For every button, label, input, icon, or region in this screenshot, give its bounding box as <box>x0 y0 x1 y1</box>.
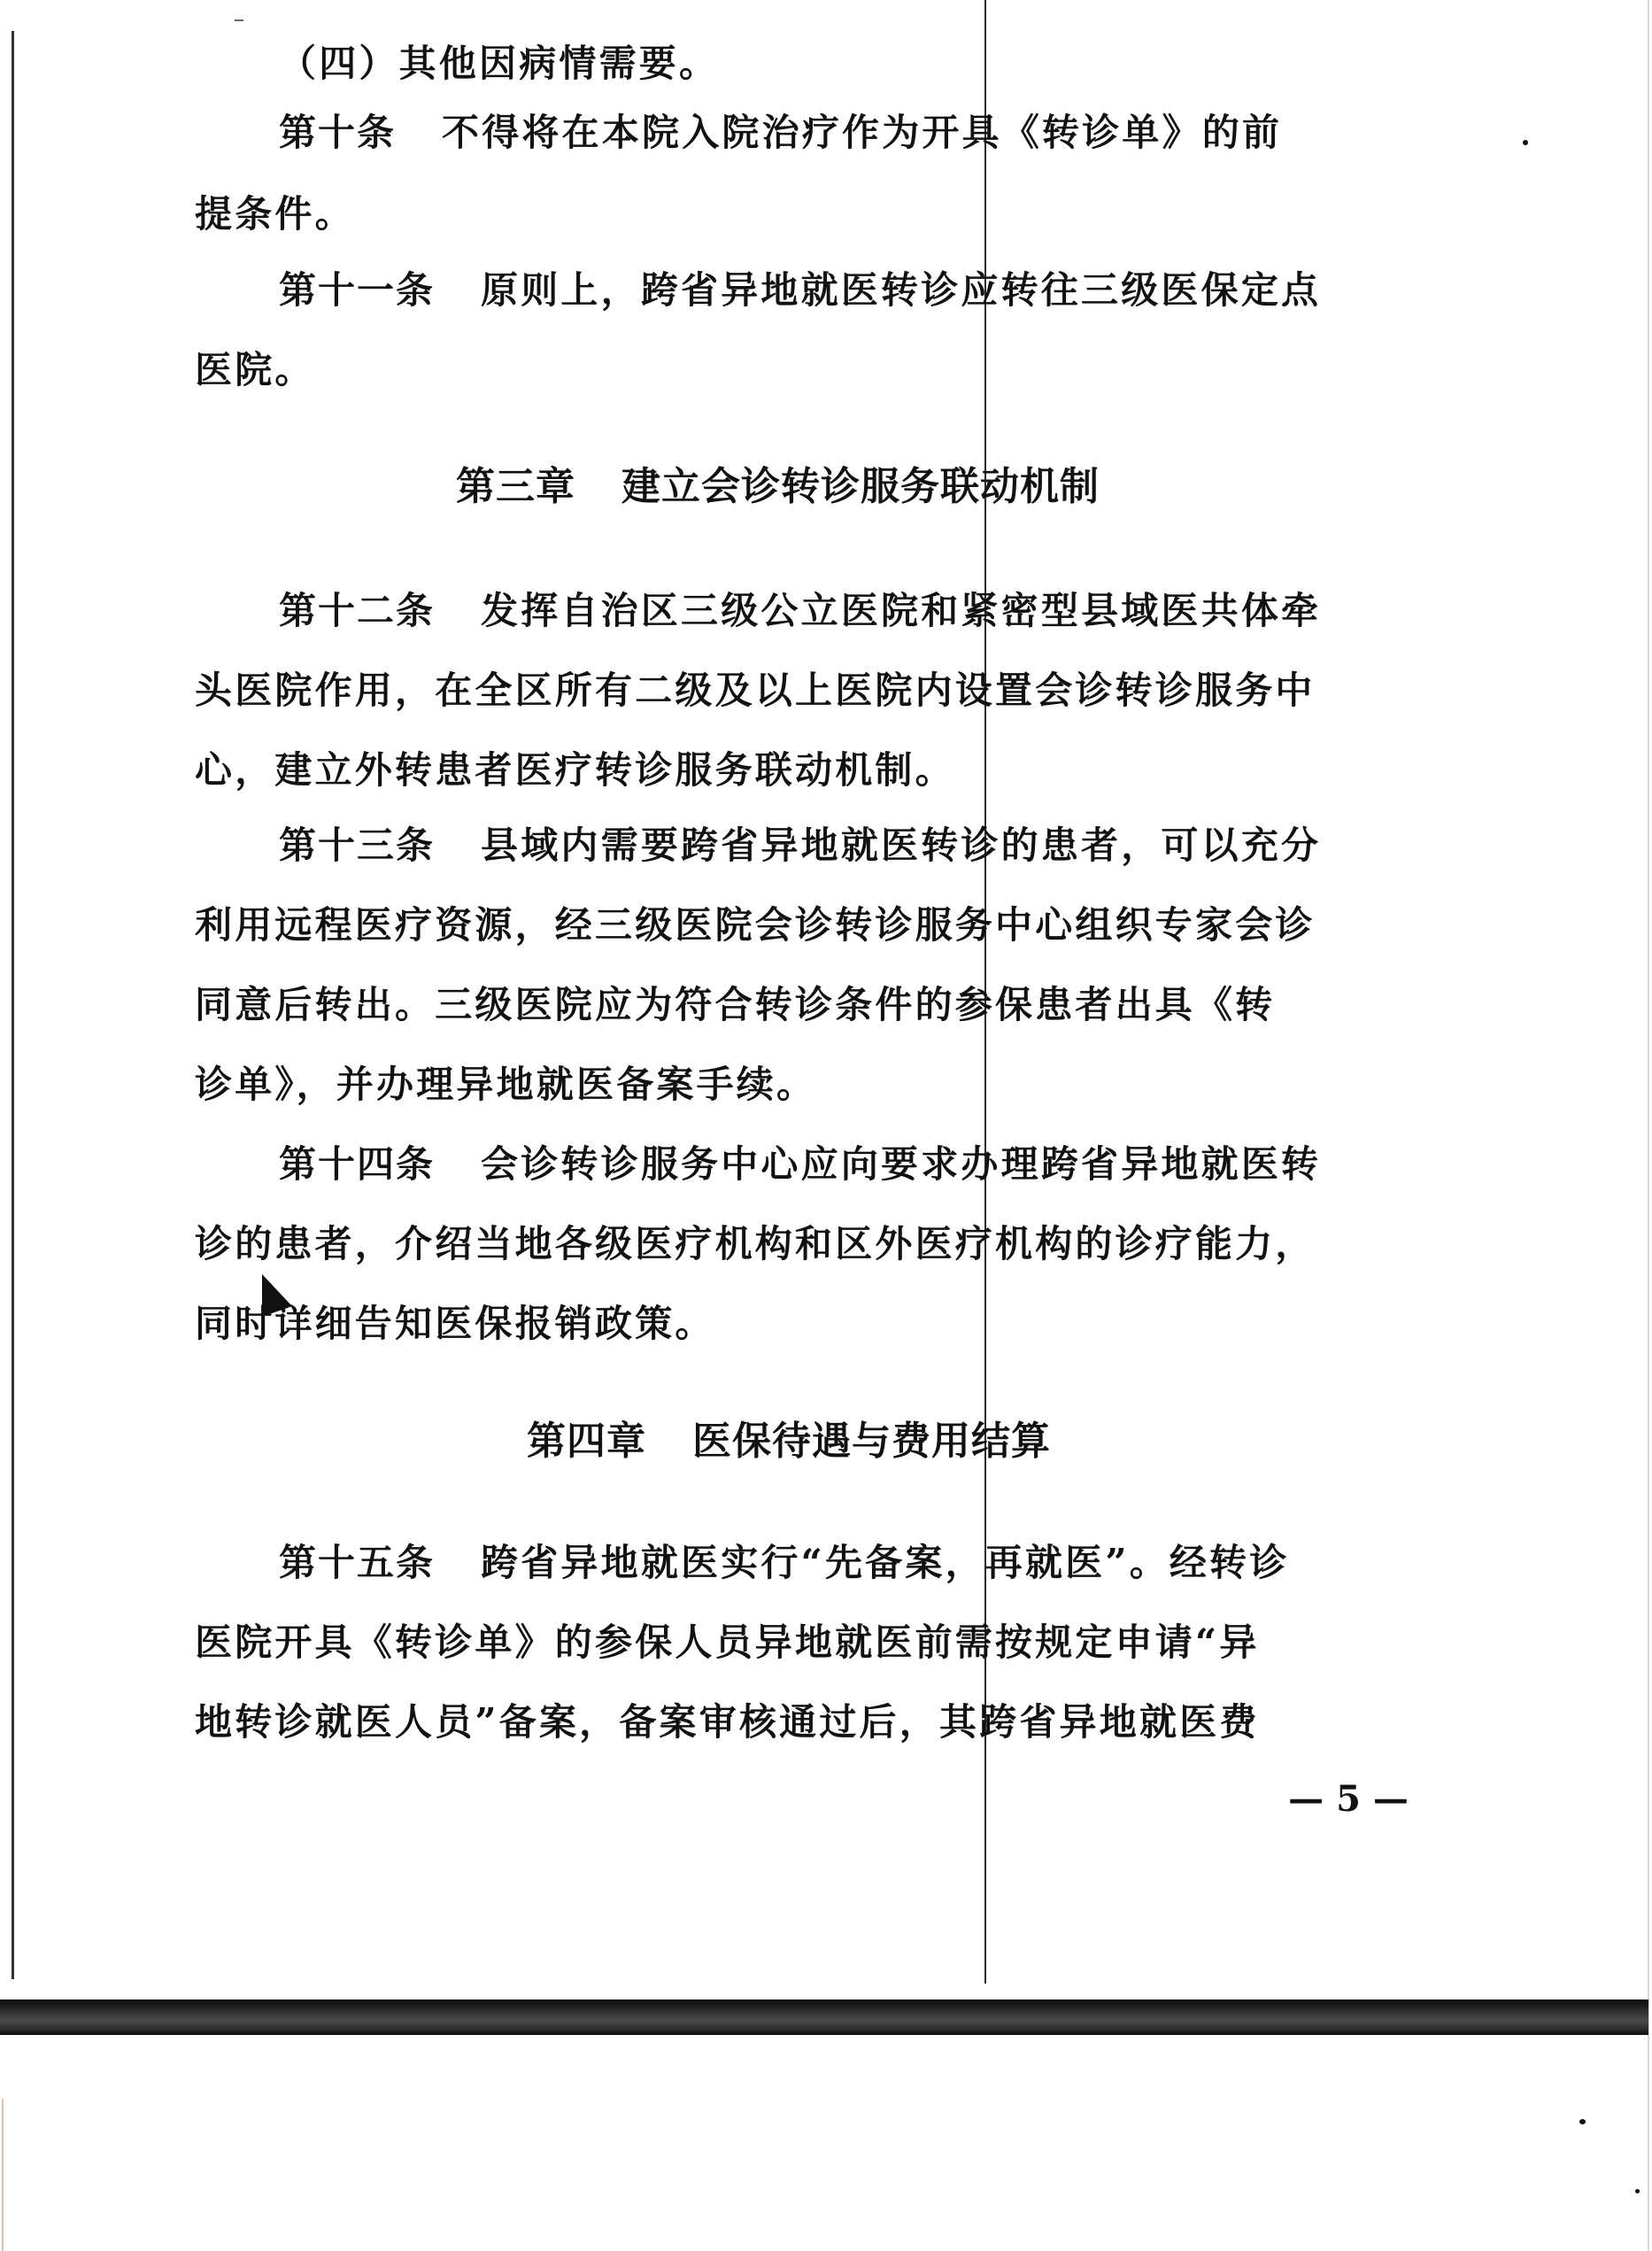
article-label: 第十一条 <box>279 268 435 312</box>
scanned-document-page: （四）其他因病情需要。 第十条不得将在本院入院治疗作为开具《转诊单》的前 提条件… <box>0 0 1652 2251</box>
paragraph-line: 诊的患者，介绍当地各级医疗机构和区外医疗机构的诊疗能力， <box>195 1218 1434 1271</box>
paragraph-line: 利用远程医疗资源，经三级医院会诊转诊服务中心组织专家会诊 <box>195 899 1434 952</box>
paragraph-line: 诊单》，并办理异地就医备案手续。 <box>195 1058 1434 1111</box>
left-edge-line-lower <box>2 2099 4 2251</box>
article-15: 第十五条跨省异地就医实行“先备案，再就医”。经转诊 <box>279 1536 1518 1590</box>
paragraph-line: 地转诊就医人员”备案，备案审核通过后，其跨省异地就医费 <box>195 1696 1434 1749</box>
right-edge-line <box>1648 0 1649 2251</box>
chapter-title: 建立会诊转诊服务联动机制 <box>621 464 1100 509</box>
chapter-title: 医保待遇与费用结算 <box>692 1419 1051 1464</box>
chapter-number: 第四章 <box>527 1419 646 1464</box>
article-13: 第十三条县域内需要跨省异地就医转诊的患者，可以充分 <box>279 819 1518 872</box>
scan-speck <box>1523 140 1528 145</box>
paragraph-line: 头医院作用，在全区所有二级及以上医院内设置会诊转诊服务中 <box>195 664 1434 717</box>
paragraph-line: 医院开具《转诊单》的参保人员异地就医前需按规定申请“异 <box>195 1616 1434 1669</box>
page-number: — 5 — <box>1273 1778 1424 1820</box>
article-label: 第十四条 <box>279 1142 435 1186</box>
article-label: 第十条 <box>279 111 396 154</box>
article-label: 第十五条 <box>279 1541 435 1584</box>
chapter-4-heading: 第四章医保待遇与费用结算 <box>0 1415 1652 1468</box>
paragraph-line: 心，建立外转患者医疗转诊服务联动机制。 <box>195 744 1434 797</box>
paragraph-line: 同时详细告知医保报销政策。 <box>195 1297 1434 1350</box>
scan-mark <box>235 19 243 21</box>
article-text: 跨省异地就医实行“先备案，再就医”。经转诊 <box>481 1541 1290 1584</box>
article-text: 会诊转诊服务中心应向要求办理跨省异地就医转 <box>481 1142 1321 1186</box>
paragraph-line: 同意后转出。三级医院应为符合转诊条件的参保患者出具《转 <box>195 979 1434 1032</box>
left-edge-line <box>12 31 14 1979</box>
chapter-3-heading: 第三章建立会诊转诊服务联动机制 <box>0 460 1652 514</box>
scan-speck <box>1635 2189 1640 2193</box>
scan-speck <box>1579 2119 1586 2124</box>
paragraph-line: 医院。 <box>195 344 1434 397</box>
chapter-number: 第三章 <box>456 464 575 509</box>
paragraph-line: （四）其他因病情需要。 <box>279 37 1518 90</box>
article-label: 第十三条 <box>279 824 435 867</box>
article-text: 原则上，跨省异地就医转诊应转往三级医保定点 <box>481 268 1321 312</box>
article-text: 不得将在本院入院治疗作为开具《转诊单》的前 <box>442 111 1282 154</box>
article-12: 第十二条发挥自治区三级公立医院和紧密型县域医共体牵 <box>279 584 1518 638</box>
scan-border-bar <box>0 2000 1648 2035</box>
article-14: 第十四条会诊转诊服务中心应向要求办理跨省异地就医转 <box>279 1138 1518 1191</box>
article-11: 第十一条原则上，跨省异地就医转诊应转往三级医保定点 <box>279 264 1518 317</box>
article-label: 第十二条 <box>279 589 435 632</box>
article-text: 发挥自治区三级公立医院和紧密型县域医共体牵 <box>481 589 1321 632</box>
paragraph-line: 提条件。 <box>195 188 1434 241</box>
article-text: 县域内需要跨省异地就医转诊的患者，可以充分 <box>481 824 1321 867</box>
article-10: 第十条不得将在本院入院治疗作为开具《转诊单》的前 <box>279 106 1518 159</box>
